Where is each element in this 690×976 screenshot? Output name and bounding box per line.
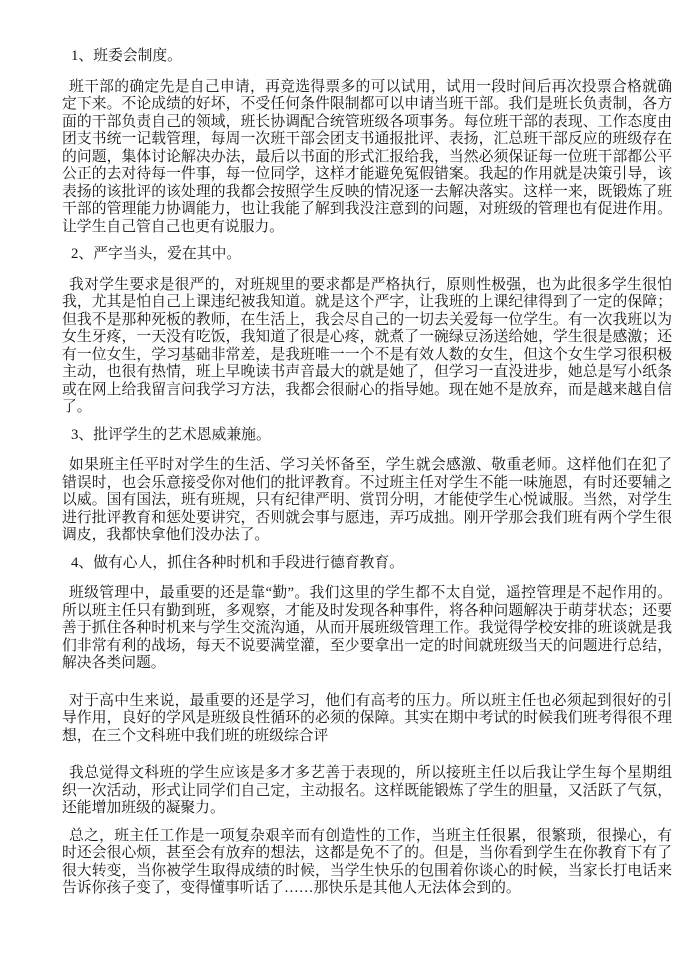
section-2-paragraph: 我对学生要求是很严的，对班规里的要求都是严格执行，原则性极强，也为此很多学生很怕… <box>62 277 672 417</box>
section-3-heading: 3、批评学生的艺术恩威兼施。 <box>62 427 672 445</box>
section-1-heading: 1、班委会制度。 <box>62 48 672 66</box>
study-guidance-paragraph: 对于高中生来说，最重要的还是学习，他们有高考的压力。所以班主任也必须起到很好的引… <box>62 693 672 746</box>
document-page: 1、班委会制度。 班干部的确定先是自己申请，再竞选得票多的可以试用，试用一段时间… <box>0 0 690 976</box>
class-activity-paragraph: 我总觉得文科班的学生应该是多才多艺善于表现的，所以接班主任以后我让学生每个星期组… <box>62 765 672 818</box>
section-3-paragraph: 如果班主任平时对学生的生活、学习关怀备至，学生就会感激、敬重老师。这样他们在犯了… <box>62 457 672 545</box>
section-4-paragraph: 班级管理中，最重要的还是靠“勤”。我们这里的学生都不太自觉，遥控管理是不起作用的… <box>62 585 672 673</box>
section-1-paragraph: 班干部的确定先是自己申请，再竞选得票多的可以试用，试用一段时间后再次投票合格就确… <box>62 79 672 237</box>
conclusion-paragraph: 总之，班主任工作是一项复杂艰辛而有创造性的工作，当班主任很累，很繁琐，很操心，有… <box>62 828 672 898</box>
section-2-heading: 2、严字当头，爱在其中。 <box>62 246 672 264</box>
section-4-heading: 4、做有心人，抓住各种时机和手段进行德育教育。 <box>62 555 672 573</box>
